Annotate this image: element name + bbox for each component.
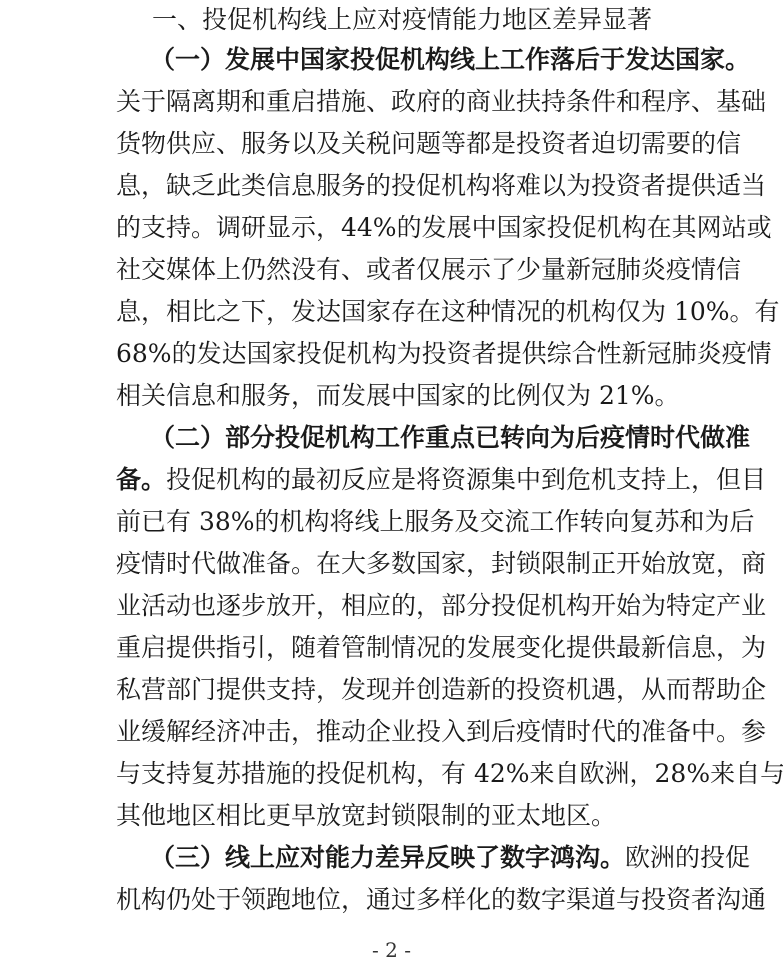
subsection-heading-2-end: 备。 xyxy=(116,465,166,494)
paragraph-1-line: 息，缺乏此类信息服务的投促机构将难以为投资者提供适当 xyxy=(116,166,666,206)
subsection-heading-2: （二）部分投促机构工作重点已转向为后疫情时代做准 xyxy=(150,418,666,458)
paragraph-2-line: 与支持复苏措施的投促机构，有 42%来自欧洲，28%来自与 xyxy=(116,754,666,794)
paragraph-2-line: 疫情时代做准备。在大多数国家，封锁限制正开始放宽，商 xyxy=(116,544,666,584)
paragraph-2-line: 其他地区相比更早放宽封锁限制的亚太地区。 xyxy=(116,796,666,836)
paragraph-1-line: 货物供应、服务以及关税问题等都是投资者迫切需要的信 xyxy=(116,124,666,164)
paragraph-1-line: 相关信息和服务，而发展中国家的比例仅为 21%。 xyxy=(116,376,666,416)
paragraph-2-line: 业缓解经济冲击，推动企业投入到后疫情时代的准备中。参 xyxy=(116,712,666,752)
paragraph-2-first-line: 备。投促机构的最初反应是将资源集中到危机支持上，但目 xyxy=(116,460,666,500)
paragraph-1-line: 的支持。调研显示，44%的发展中国家投促机构在其网站或 xyxy=(116,208,666,248)
page-number: - 2 - xyxy=(0,936,783,964)
paragraph-1-line: 关于隔离期和重启措施、政府的商业扶持条件和程序、基础 xyxy=(116,82,666,122)
paragraph-2-line: 前已有 38%的机构将线上服务及交流工作转向复苏和为后 xyxy=(116,502,666,542)
subsection-heading-3: （三）线上应对能力差异反映了数字鸿沟。 xyxy=(150,843,625,872)
paragraph-2-line: 私营部门提供支持，发现并创造新的投资机遇，从而帮助企 xyxy=(116,670,666,710)
paragraph-1-line: 68%的发达国家投促机构为投资者提供综合性新冠肺炎疫情 xyxy=(116,334,666,374)
paragraph-2-text: 投促机构的最初反应是将资源集中到危机支持上，但目 xyxy=(166,465,766,494)
subsection-heading-3-line: （三）线上应对能力差异反映了数字鸿沟。欧洲的投促 xyxy=(150,838,666,878)
paragraph-1-line: 社交媒体上仍然没有、或者仅展示了少量新冠肺炎疫情信 xyxy=(116,250,666,290)
subsection-heading-1: （一）发展中国家投促机构线上工作落后于发达国家。 xyxy=(150,40,666,80)
section-heading: 一、投促机构线上应对疫情能力地区差异显著 xyxy=(152,0,652,40)
paragraph-2-line: 业活动也逐步放开，相应的，部分投促机构开始为特定产业 xyxy=(116,586,666,626)
document-page: 一、投促机构线上应对疫情能力地区差异显著 （一）发展中国家投促机构线上工作落后于… xyxy=(0,0,783,973)
paragraph-3-line: 机构仍处于领跑地位，通过多样化的数字渠道与投资者沟通 xyxy=(116,880,666,920)
paragraph-3-text: 欧洲的投促 xyxy=(625,843,750,872)
paragraph-2-line: 重启提供指引，随着管制情况的发展变化提供最新信息，为 xyxy=(116,628,666,668)
paragraph-1-line: 息，相比之下，发达国家存在这种情况的机构仅为 10%。有 xyxy=(116,292,666,332)
